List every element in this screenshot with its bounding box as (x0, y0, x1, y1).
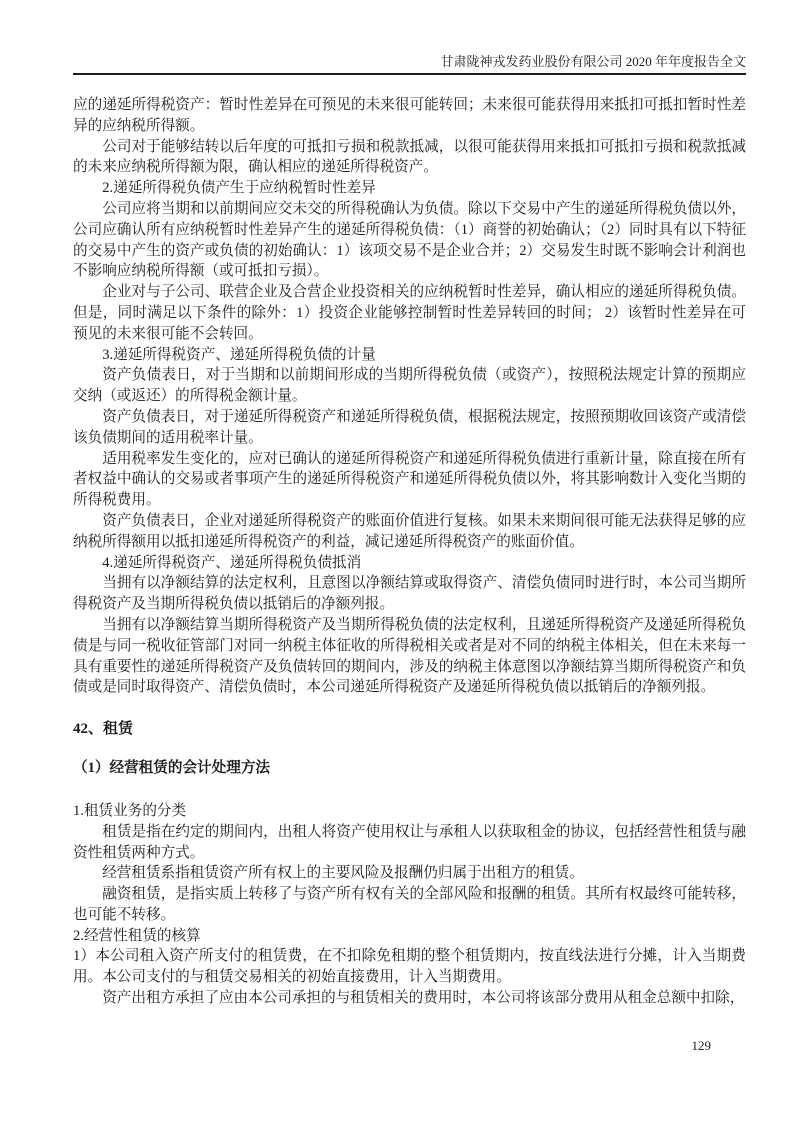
report-title: 甘肃陇神戎发药业股份有限公司 2020 年年度报告全文 (440, 54, 746, 69)
paragraph: 2.递延所得税负债产生于应纳税暂时性差异 (73, 178, 746, 199)
section-heading: 42、租赁 (73, 718, 746, 740)
subsection-heading: （1）经营租赁的会计处理方法 (73, 758, 746, 779)
paragraph: 资产负债表日，企业对递延所得税资产的账面价值进行复核。如果未来期间很可能无法获得… (73, 511, 746, 553)
document-body: 应的递延所得税资产：暂时性差异在可预见的未来很可能转回；未来很可能获得用来抵扣可… (73, 95, 746, 1009)
paragraph: 企业对与子公司、联营企业及合营企业投资相关的应纳税暂时性差异，确认相应的递延所得… (73, 282, 746, 344)
paragraph: 公司应将当期和以前期间应交未交的所得税确认为负债。除以下交易中产生的递延所得税负… (73, 199, 746, 282)
paragraph: 3.递延所得税资产、递延所得税负债的计量 (73, 345, 746, 366)
paragraph: 资产负债表日，对于当期和以前期间形成的当期所得税负债（或资产），按照税法规定计算… (73, 365, 746, 407)
paragraph: 2.经营性租赁的核算 (73, 926, 746, 947)
paragraph: 当拥有以净额结算的法定权利，且意图以净额结算或取得资产、清偿负债同时进行时，本公… (73, 573, 746, 615)
paragraph: 4.递延所得税资产、递延所得税负债抵消 (73, 553, 746, 574)
paragraph: 1.租赁业务的分类 (73, 801, 746, 822)
paragraph: 租赁是指在约定的期间内，出租人将资产使用权让与承租人以获取租金的协议，包括经营性… (73, 822, 746, 864)
paragraph: 融资租赁，是指实质上转移了与资产所有权有关的全部风险和报酬的租赁。其所有权最终可… (73, 884, 746, 926)
paragraph: 当拥有以净额结算当期所得税资产及当期所得税负债的法定权利，且递延所得税资产及递延… (73, 615, 746, 698)
page-header: 甘肃陇神戎发药业股份有限公司 2020 年年度报告全文 (73, 53, 746, 75)
paragraph: 公司对于能够结转以后年度的可抵扣亏损和税款抵减，以很可能获得用来抵扣可抵扣亏损和… (73, 137, 746, 179)
page: 甘肃陇神戎发药业股份有限公司 2020 年年度报告全文 应的递延所得税资产：暂时… (0, 0, 793, 1122)
paragraph: 资产出租方承担了应由本公司承担的与租赁相关的费用时，本公司将该部分费用从租金总额… (73, 988, 746, 1009)
paragraph: 应的递延所得税资产：暂时性差异在可预见的未来很可能转回；未来很可能获得用来抵扣可… (73, 95, 746, 137)
paragraph: 资产负债表日，对于递延所得税资产和递延所得税负债，根据税法规定，按照预期收回该资… (73, 407, 746, 449)
paragraph: 经营租赁系指租赁资产所有权上的主要风险及报酬仍归属于出租方的租赁。 (73, 863, 746, 884)
paragraph: 1）本公司租入资产所支付的租赁费，在不扣除免租期的整个租赁期内，按直线法进行分摊… (73, 946, 746, 988)
page-footer: 129 (692, 1038, 712, 1054)
page-number: 129 (692, 1038, 712, 1053)
paragraph: 适用税率发生变化的，应对已确认的递延所得税资产和递延所得税负债进行重新计量，除直… (73, 449, 746, 511)
